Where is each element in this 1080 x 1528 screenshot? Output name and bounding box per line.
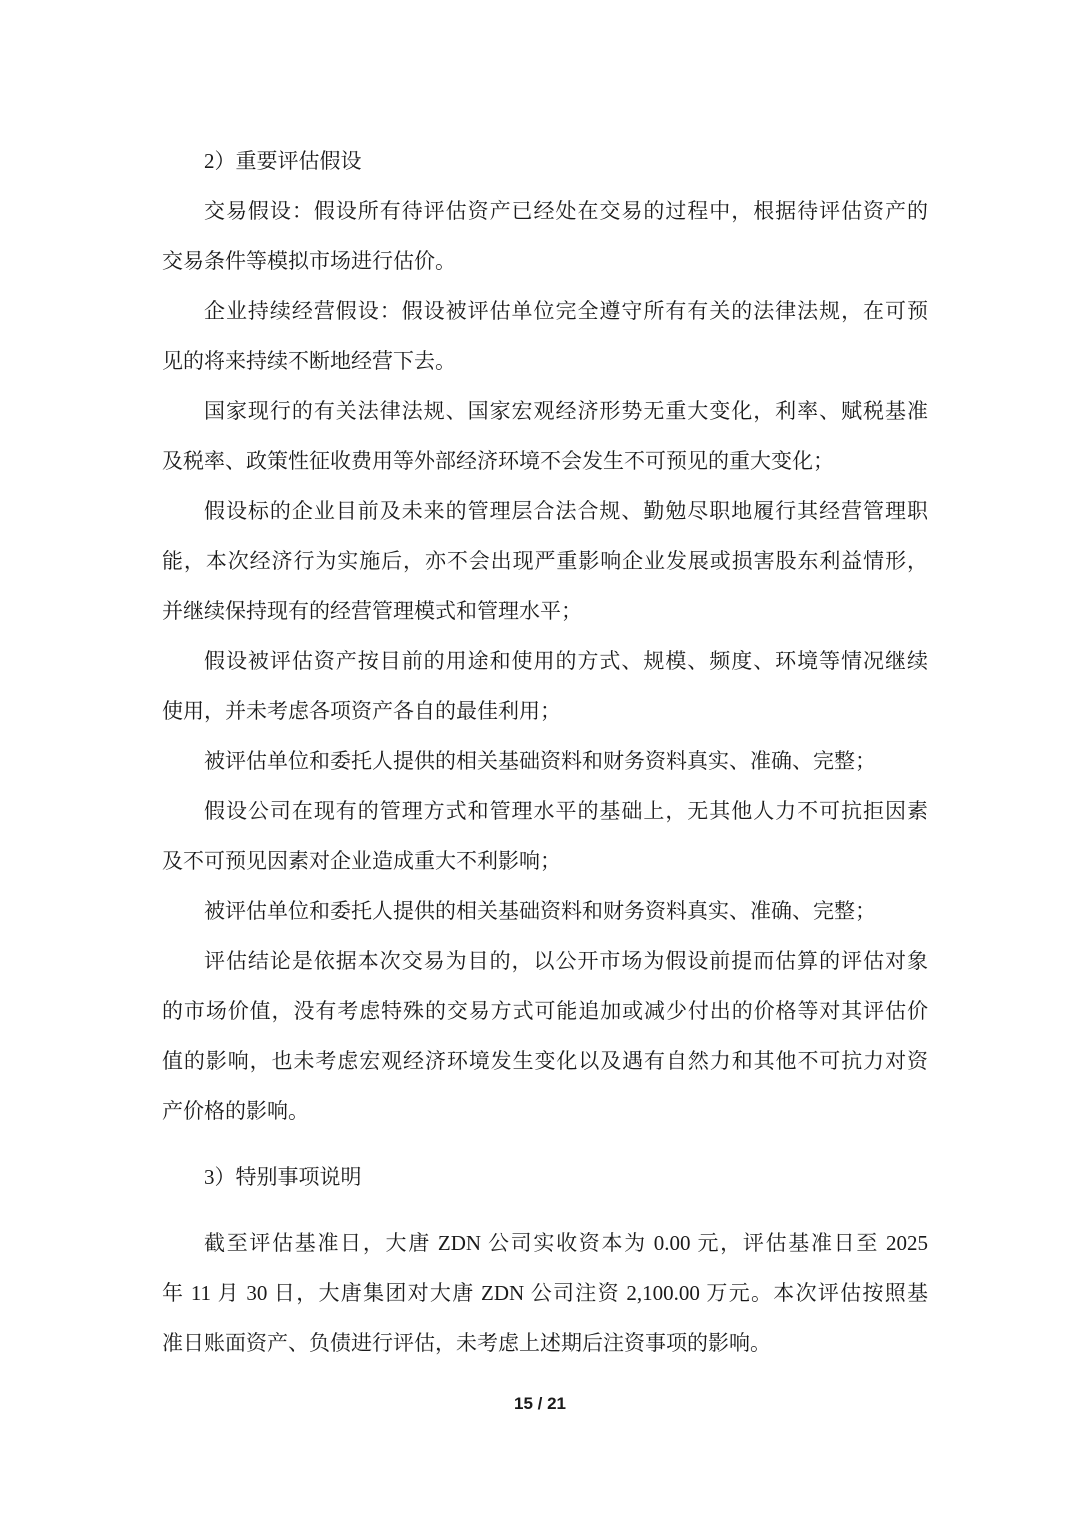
document-body: 2）重要评估假设交易假设：假设所有待评估资产已经处在交易的过程中，根据待评估资产… xyxy=(162,136,928,1368)
text-line: 被评估单位和委托人提供的相关基础资料和财务资料真实、准确、完整； xyxy=(162,736,928,786)
text-line: 及不可预见因素对企业造成重大不利影响； xyxy=(162,836,928,886)
paragraph: 企业持续经营假设：假设被评估单位完全遵守所有有关的法律法规，在可预见的将来持续不… xyxy=(162,286,928,386)
text-line: 的市场价值，没有考虑特殊的交易方式可能追加或减少付出的价格等对其评估价 xyxy=(162,986,928,1036)
text-line: 及税率、政策性征收费用等外部经济环境不会发生不可预见的重大变化； xyxy=(162,436,928,486)
paragraph: 假设公司在现有的管理方式和管理水平的基础上，无其他人力不可抗拒因素及不可预见因素… xyxy=(162,786,928,886)
text-line: 交易假设：假设所有待评估资产已经处在交易的过程中，根据待评估资产的 xyxy=(162,186,928,236)
text-line: 使用，并未考虑各项资产各自的最佳利用； xyxy=(162,686,928,736)
page-number: 15 / 21 xyxy=(0,1392,1080,1416)
text-line: 见的将来持续不断地经营下去。 xyxy=(162,336,928,386)
text-line: 2）重要评估假设 xyxy=(162,136,928,186)
section-heading: 3）特别事项说明 xyxy=(162,1152,928,1202)
text-line: 假设标的企业目前及未来的管理层合法合规、勤勉尽职地履行其经营管理职 xyxy=(162,486,928,536)
text-line: 能，本次经济行为实施后，亦不会出现严重影响企业发展或损害股东利益情形， xyxy=(162,536,928,586)
text-line: 假设公司在现有的管理方式和管理水平的基础上，无其他人力不可抗拒因素 xyxy=(162,786,928,836)
text-line: 准日账面资产、负债进行评估，未考虑上述期后注资事项的影响。 xyxy=(162,1318,928,1368)
text-line: 年 11 月 30 日，大唐集团对大唐 ZDN 公司注资 2,100.00 万元… xyxy=(162,1268,928,1318)
text-line: 产价格的影响。 xyxy=(162,1086,928,1136)
text-line: 并继续保持现有的经营管理模式和管理水平； xyxy=(162,586,928,636)
paragraph: 假设被评估资产按目前的用途和使用的方式、规模、频度、环境等情况继续使用，并未考虑… xyxy=(162,636,928,736)
text-line: 值的影响，也未考虑宏观经济环境发生变化以及遇有自然力和其他不可抗力对资 xyxy=(162,1036,928,1086)
text-line: 交易条件等模拟市场进行估价。 xyxy=(162,236,928,286)
text-line: 3）特别事项说明 xyxy=(162,1152,928,1202)
paragraph: 被评估单位和委托人提供的相关基础资料和财务资料真实、准确、完整； xyxy=(162,886,928,936)
text-line: 被评估单位和委托人提供的相关基础资料和财务资料真实、准确、完整； xyxy=(162,886,928,936)
text-line: 评估结论是依据本次交易为目的，以公开市场为假设前提而估算的评估对象 xyxy=(162,936,928,986)
text-line: 企业持续经营假设：假设被评估单位完全遵守所有有关的法律法规，在可预 xyxy=(162,286,928,336)
paragraph: 假设标的企业目前及未来的管理层合法合规、勤勉尽职地履行其经营管理职能，本次经济行… xyxy=(162,486,928,636)
paragraph: 被评估单位和委托人提供的相关基础资料和财务资料真实、准确、完整； xyxy=(162,736,928,786)
document-page: 2）重要评估假设交易假设：假设所有待评估资产已经处在交易的过程中，根据待评估资产… xyxy=(0,0,1080,1528)
paragraph: 截至评估基准日，大唐 ZDN 公司实收资本为 0.00 元，评估基准日至 202… xyxy=(162,1218,928,1368)
text-line: 截至评估基准日，大唐 ZDN 公司实收资本为 0.00 元，评估基准日至 202… xyxy=(162,1218,928,1268)
section-heading: 2）重要评估假设 xyxy=(162,136,928,186)
text-line: 假设被评估资产按目前的用途和使用的方式、规模、频度、环境等情况继续 xyxy=(162,636,928,686)
paragraph: 交易假设：假设所有待评估资产已经处在交易的过程中，根据待评估资产的交易条件等模拟… xyxy=(162,186,928,286)
paragraph: 国家现行的有关法律法规、国家宏观经济形势无重大变化，利率、赋税基准及税率、政策性… xyxy=(162,386,928,486)
text-line: 国家现行的有关法律法规、国家宏观经济形势无重大变化，利率、赋税基准 xyxy=(162,386,928,436)
paragraph: 评估结论是依据本次交易为目的，以公开市场为假设前提而估算的评估对象的市场价值，没… xyxy=(162,936,928,1136)
